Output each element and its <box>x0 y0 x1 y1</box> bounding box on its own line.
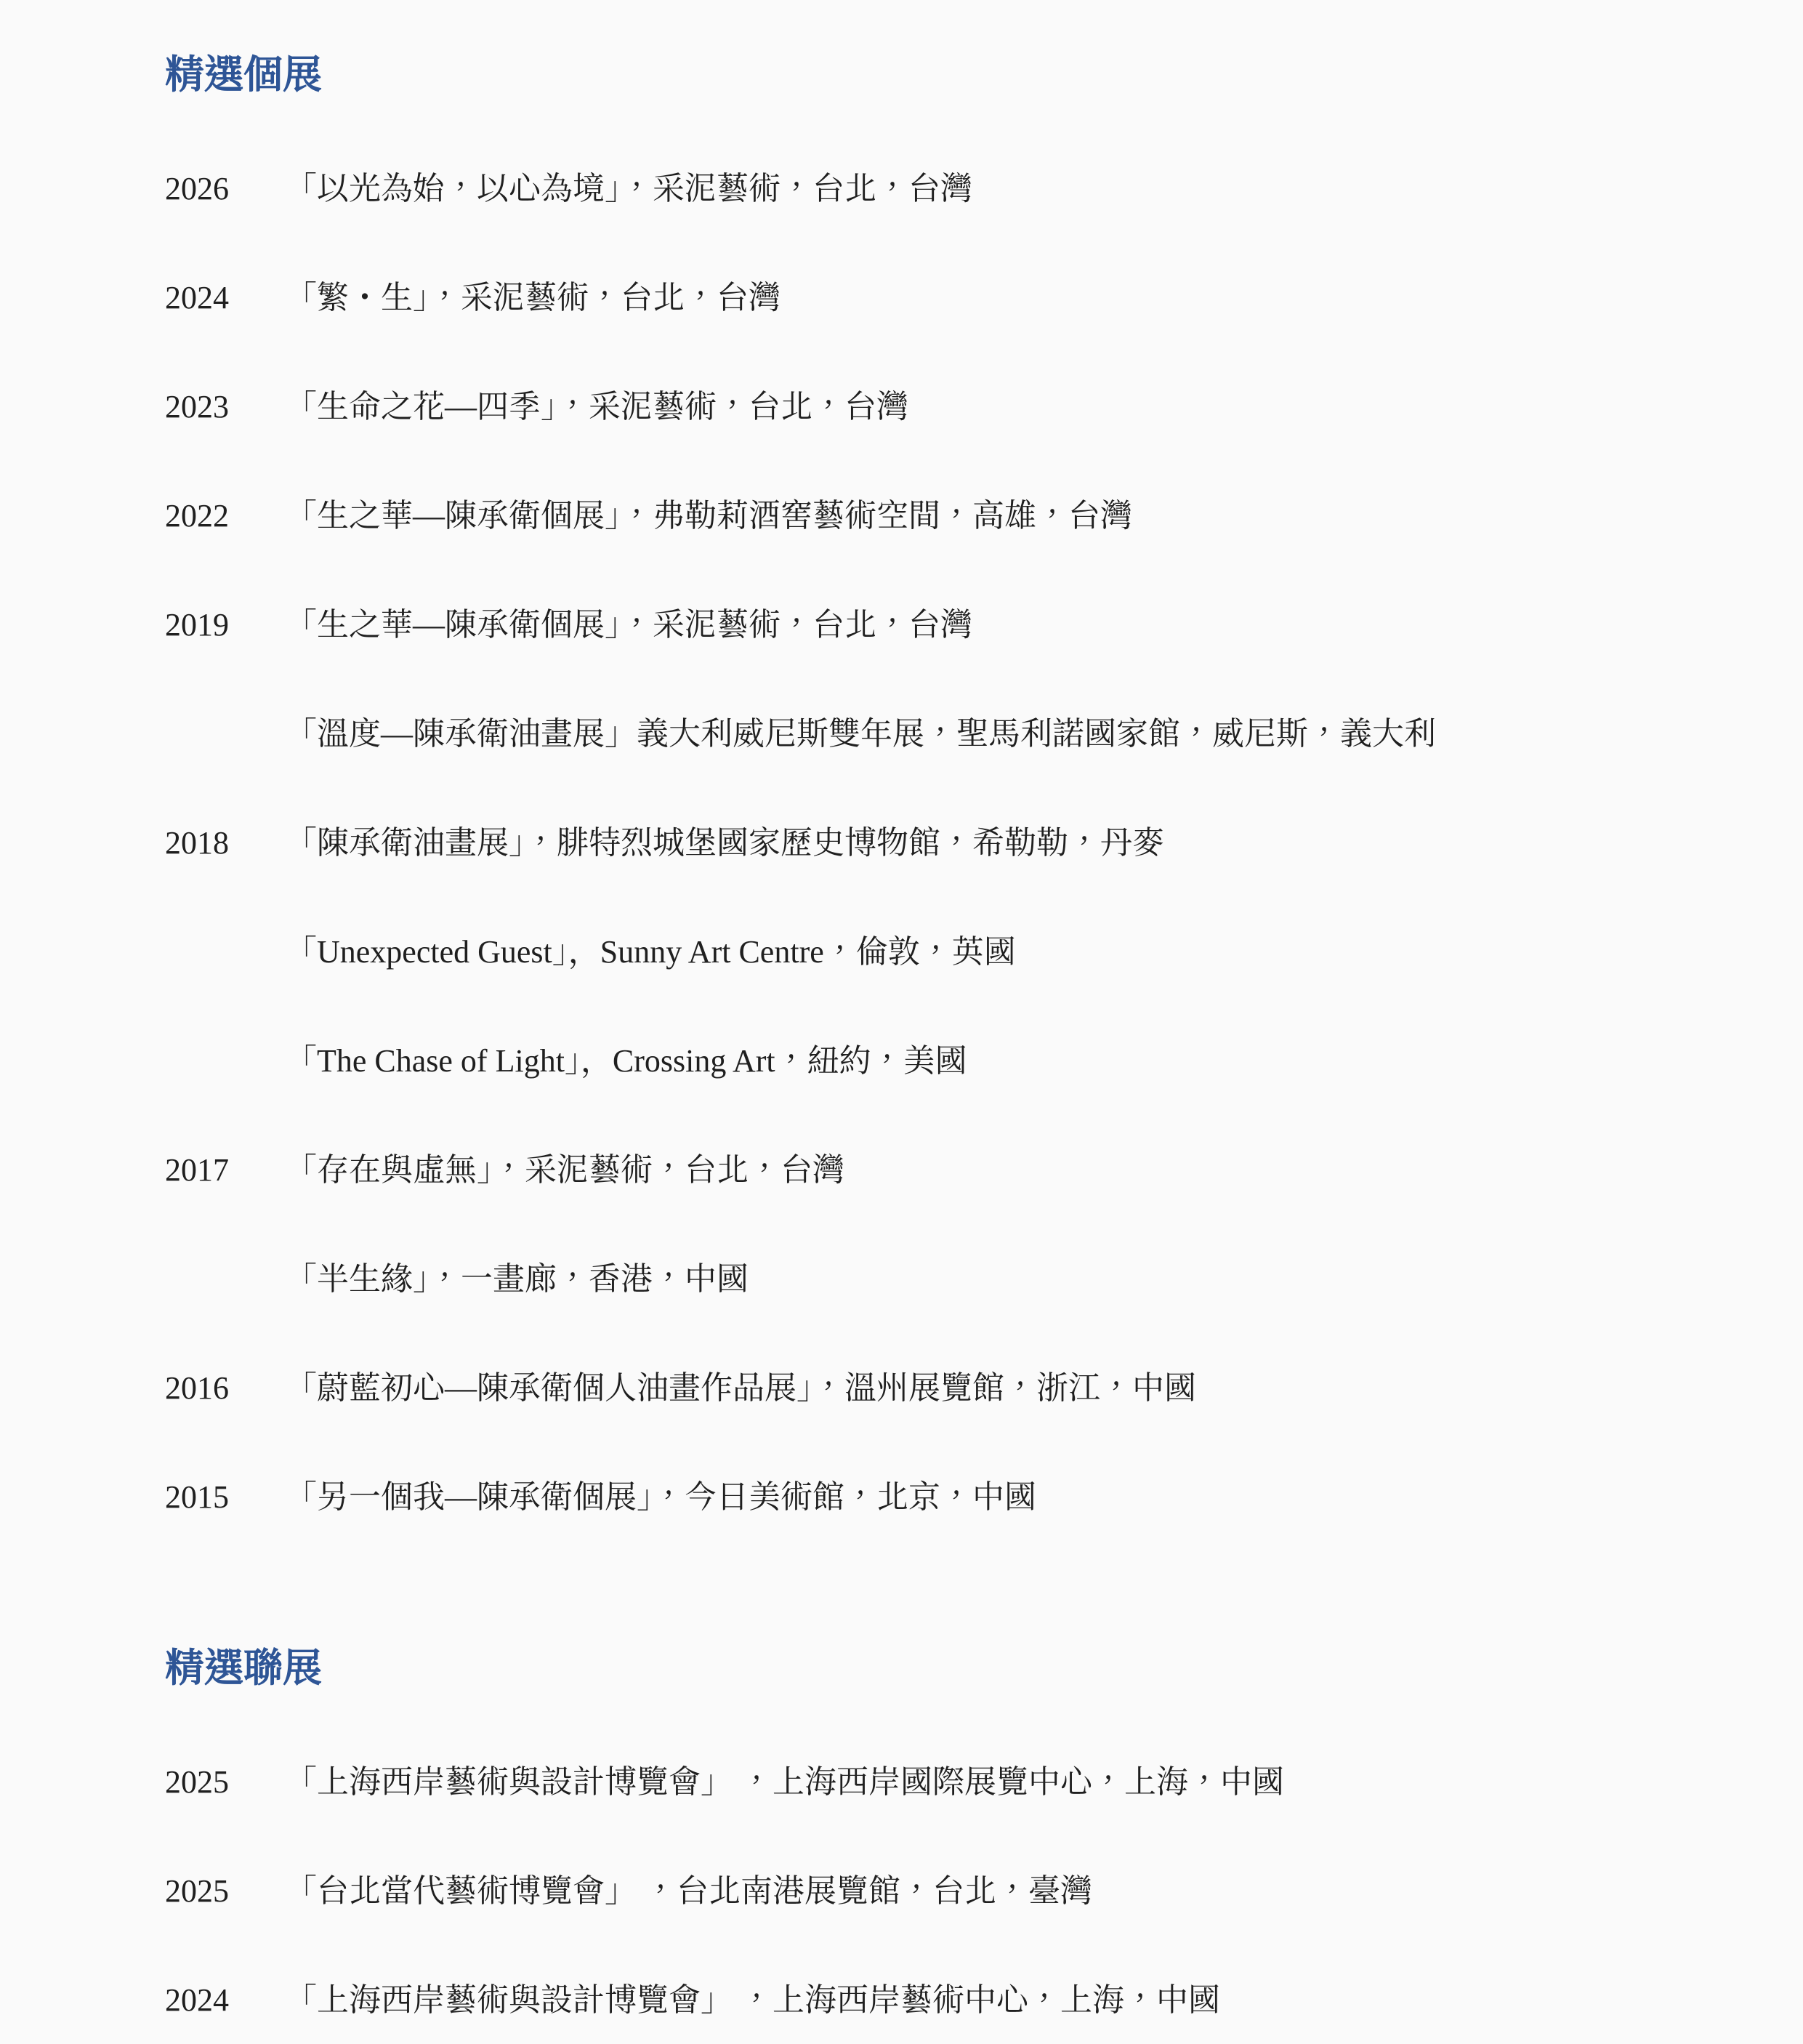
exhibition-entry: 「另一個我—陳承衛個展」，今日美術館，北京，中國 <box>285 1478 1803 1516</box>
exhibition-entry: 「陳承衛油畫展」，腓特烈城堡國家歷史博物館，希勒勒，丹麥 <box>285 824 1803 861</box>
exhibition-entry: 「台北當代藝術博覽會」 ，台北南港展覽館，台北，臺灣 <box>285 1872 1803 1910</box>
exhibition-entry: 「存在與虛無」，采泥藝術，台北，台灣 <box>285 1151 1803 1188</box>
exhibition-year: 2019 <box>165 606 285 643</box>
exhibition-entry: 「蔚藍初心—陳承衛個人油畫作品展」，溫州展覽館，浙江，中國 <box>285 1369 1803 1407</box>
exhibition-row: 「Unexpected Guest」，Sunny Art Centre，倫敦，英… <box>165 933 1803 970</box>
exhibition-year: 2025 <box>165 1763 285 1800</box>
exhibition-year: 2022 <box>165 497 285 534</box>
section-rows: 2025 「上海西岸藝術與設計博覽會」 ，上海西岸國際展覽中心，上海，中國 20… <box>0 1763 1803 2019</box>
exhibition-row: 2015 「另一個我—陳承衛個展」，今日美術館，北京，中國 <box>165 1478 1803 1516</box>
exhibitions-page: 精選個展 2026 「以光為始，以心為境」，采泥藝術，台北，台灣 2024 「繁… <box>0 0 1803 2019</box>
exhibition-entry: 「上海西岸藝術與設計博覽會」 ，上海西岸國際展覽中心，上海，中國 <box>285 1763 1803 1800</box>
exhibition-row: 「半生緣」，一畫廊，香港，中國 <box>165 1260 1803 1297</box>
exhibition-row: 2026 「以光為始，以心為境」，采泥藝術，台北，台灣 <box>165 170 1803 207</box>
exhibition-row: 2024 「上海西岸藝術與設計博覽會」 ，上海西岸藝術中心，上海，中國 <box>165 1981 1803 2019</box>
exhibition-entry: 「上海西岸藝術與設計博覽會」 ，上海西岸藝術中心，上海，中國 <box>285 1981 1803 2019</box>
exhibition-row: 2018 「陳承衛油畫展」，腓特烈城堡國家歷史博物館，希勒勒，丹麥 <box>165 824 1803 861</box>
exhibition-row: 「溫度—陳承衛油畫展」義大利威尼斯雙年展，聖馬利諾國家館，威尼斯，義大利 <box>165 715 1803 752</box>
exhibition-row: 2016 「蔚藍初心—陳承衛個人油畫作品展」，溫州展覽館，浙江，中國 <box>165 1369 1803 1407</box>
exhibition-entry: 「以光為始，以心為境」，采泥藝術，台北，台灣 <box>285 170 1803 207</box>
exhibition-row: 2019 「生之華—陳承衛個展」，采泥藝術，台北，台灣 <box>165 606 1803 643</box>
exhibition-year: 2026 <box>165 170 285 207</box>
exhibition-year: 2023 <box>165 388 285 425</box>
exhibition-entry: 「生之華—陳承衛個展」，弗勒莉酒窖藝術空間，高雄，台灣 <box>285 497 1803 534</box>
exhibition-year <box>165 1260 285 1297</box>
exhibition-entry: 「半生緣」，一畫廊，香港，中國 <box>285 1260 1803 1297</box>
exhibition-entry: 「溫度—陳承衛油畫展」義大利威尼斯雙年展，聖馬利諾國家館，威尼斯，義大利 <box>285 715 1803 752</box>
exhibition-year: 2015 <box>165 1478 285 1516</box>
exhibition-year: 2024 <box>165 1981 285 2019</box>
exhibition-row: 2025 「台北當代藝術博覽會」 ，台北南港展覽館，台北，臺灣 <box>165 1872 1803 1910</box>
cv-section: 精選個展 2026 「以光為始，以心為境」，采泥藝術，台北，台灣 2024 「繁… <box>0 51 1803 1516</box>
exhibition-year <box>165 1042 285 1079</box>
exhibition-row: 2023 「生命之花—四季」，采泥藝術，台北，台灣 <box>165 388 1803 425</box>
exhibition-row: 2025 「上海西岸藝術與設計博覽會」 ，上海西岸國際展覽中心，上海，中國 <box>165 1763 1803 1800</box>
exhibition-entry: 「The Chase of Light」，Crossing Art，紐約，美國 <box>285 1042 1803 1079</box>
section-rows: 2026 「以光為始，以心為境」，采泥藝術，台北，台灣 2024 「繁・生」，采… <box>0 170 1803 1516</box>
exhibition-entry: 「生之華—陳承衛個展」，采泥藝術，台北，台灣 <box>285 606 1803 643</box>
exhibition-entry: 「生命之花—四季」，采泥藝術，台北，台灣 <box>285 388 1803 425</box>
section-title: 精選聯展 <box>165 1644 1803 1692</box>
exhibition-row: 2017 「存在與虛無」，采泥藝術，台北，台灣 <box>165 1151 1803 1188</box>
exhibition-year <box>165 715 285 752</box>
exhibition-entry: 「繁・生」，采泥藝術，台北，台灣 <box>285 279 1803 316</box>
exhibition-row: 2022 「生之華—陳承衛個展」，弗勒莉酒窖藝術空間，高雄，台灣 <box>165 497 1803 534</box>
exhibition-entry: 「Unexpected Guest」，Sunny Art Centre，倫敦，英… <box>285 933 1803 970</box>
section-title: 精選個展 <box>165 51 1803 99</box>
exhibition-year: 2017 <box>165 1151 285 1188</box>
exhibition-year: 2025 <box>165 1872 285 1910</box>
exhibition-year: 2018 <box>165 824 285 861</box>
cv-section: 精選聯展 2025 「上海西岸藝術與設計博覽會」 ，上海西岸國際展覽中心，上海，… <box>0 1644 1803 2019</box>
exhibition-year <box>165 933 285 970</box>
exhibition-row: 「The Chase of Light」，Crossing Art，紐約，美國 <box>165 1042 1803 1079</box>
exhibition-year: 2024 <box>165 279 285 316</box>
exhibition-row: 2024 「繁・生」，采泥藝術，台北，台灣 <box>165 279 1803 316</box>
exhibition-year: 2016 <box>165 1369 285 1407</box>
